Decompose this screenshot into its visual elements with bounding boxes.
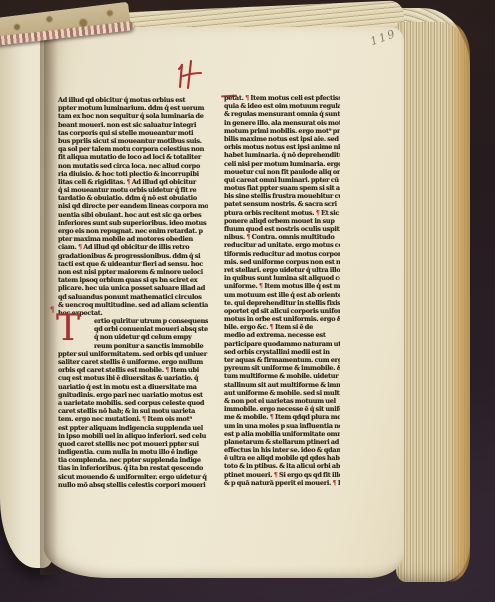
text-line: est p alia mobilia uniformitate omnium bbox=[224, 430, 340, 438]
text-line: caret stellis nō hab; & in sui motu uari… bbox=[58, 407, 208, 415]
text-line: bilis maxime notus est ipsi aie. sed nul… bbox=[224, 135, 340, 143]
text-line: litas celi & rigiditas. ¶ Ad illud qd ob… bbox=[58, 178, 208, 186]
text-line: um in una moles p sua influentia necesse bbox=[224, 422, 340, 430]
text-line: nibus. ¶ Contra. omnis multitudo bbox=[224, 233, 340, 241]
text-line: qa sol per talem motu corpora celestius … bbox=[58, 145, 208, 153]
quire-mark-icon bbox=[175, 57, 203, 91]
text-line: in ipso mobili uel in aliquo inferiori. … bbox=[58, 432, 208, 440]
text-line: ē ultra ee aliqd mobile qd qdes habeat i… bbox=[224, 454, 340, 462]
text-line: motum primi mobilis. ergo mot⁹ primi mo bbox=[224, 127, 340, 135]
text-line: indigentia. cum nulla in motu illo ē ind… bbox=[58, 448, 208, 456]
text-line: pter maxima mobile ad motores obedien bbox=[58, 235, 208, 243]
quire-signature-mark bbox=[175, 57, 203, 95]
text-line: ter aquas & firmamentum. cum ergo em bbox=[224, 356, 340, 364]
text-line: me & mobile. ¶ Item qdqd plura mobilia. … bbox=[224, 413, 340, 421]
text-line: tardatio & obuiatio. ddm q́ nō est obuia… bbox=[58, 194, 208, 202]
book-photo: 119 Ad illud qd obicitur q́ motus orbius… bbox=[0, 0, 495, 602]
text-line: qd saluandus ponunt mathematici circulos bbox=[58, 293, 208, 301]
text-line: & p quā naturā pperit ei moueri. ¶ Et eo… bbox=[224, 479, 340, 487]
text-line: planetarum & stellarum ptineri ad suos bbox=[224, 438, 340, 446]
text-line: q́ si moueantur motu orbis uidetur q́ fi… bbox=[58, 186, 208, 194]
text-line: habet luminaria. q́ nō deprehenditur mot… bbox=[224, 151, 340, 159]
text-line: aut uniforme & mobile. sed si multiforme… bbox=[224, 389, 340, 397]
text-line: & uencroq multitudine. sed ad aliam scie… bbox=[58, 301, 208, 309]
text-line: te. qui deprehenditur in stellis fixis. … bbox=[224, 299, 340, 307]
text-column-right: petat. ¶ Item motus celi est pfectissimu… bbox=[224, 94, 340, 487]
text-line: oportet qd sit alicui corporis uniformis… bbox=[224, 307, 340, 315]
text-line: qui careat omni luminari. ppter cū bbox=[224, 176, 340, 184]
text-line: mouetur cui non fit paulode aliq orbem bbox=[224, 168, 340, 176]
text-line: cuq est motus ibi ē diuersitas & uariati… bbox=[58, 374, 208, 382]
fore-edge-page-stack bbox=[396, 22, 470, 582]
text-line: beant moueri. non est sic saluatur integ… bbox=[58, 121, 208, 129]
text-line: non mutatis sed circa loca. nec aliud co… bbox=[58, 162, 208, 170]
text-line: in quibus sunt lumina sit aliquod celum bbox=[224, 274, 340, 282]
text-line: orbis motus notus est ipsi anime nisi qd bbox=[224, 143, 340, 151]
text-line: tiformis reducitur ad motus corporis uni… bbox=[224, 250, 340, 258]
text-line: reducitur ad unitate. ergo motus corpa m… bbox=[224, 241, 340, 249]
text-line: effectus in his inter se. ideo & qdam ne… bbox=[224, 446, 340, 454]
text-line: quia & ideo est oim motuum regula bbox=[224, 102, 340, 110]
text-line: inferiores sunt sub superioribus. ideo m… bbox=[58, 219, 208, 227]
text-line: Ad illud qd obicitur q́ motus orbius est bbox=[58, 96, 208, 104]
text-line: tias in inferioribus. q́ ita bn restat q… bbox=[58, 464, 208, 472]
text-line: motus fiat ppter suam spem si sit aliqs … bbox=[224, 184, 340, 192]
margin-paraph-mark: ¶ bbox=[50, 306, 54, 313]
text-line: sed orbis crystallini medii est in bbox=[224, 348, 340, 356]
text-line: pyreum sit uniforme & immobile. & firmam… bbox=[224, 364, 340, 372]
text-line: tam ex hoc non sequitur q́ sola luminari… bbox=[58, 112, 208, 120]
text-line: stallinum sit aut multiforme & immobile. bbox=[224, 381, 340, 389]
text-line: mis. sed uniforme corpus non est nisi qd… bbox=[224, 258, 340, 266]
text-line: tas corporis qui si stelle moueantur mot… bbox=[58, 129, 208, 137]
text-line: & regulas mensurant omnia q́ sunt bbox=[224, 110, 340, 118]
text-line: fit aliqua mutatio de loco ad loci & tot… bbox=[58, 153, 208, 161]
text-line: uariatio q́ est in motu est a diuersitat… bbox=[58, 383, 208, 391]
text-line: fluum quod est nostris oculis uspitio bbox=[224, 225, 340, 233]
text-line: plicare. hec uia unica posset saluare il… bbox=[58, 284, 208, 292]
text-line: nullo mō absq stellis celestis corpori m… bbox=[58, 481, 208, 489]
text-line: tia complenda. nec ppter supplenda indig… bbox=[58, 456, 208, 464]
drop-cap-initial: T bbox=[56, 312, 94, 346]
text-line: uniforme. ¶ Item motus ille q́ est mensu… bbox=[224, 282, 340, 290]
text-line: medio ad extrema. necesse est bbox=[224, 331, 340, 339]
text-line: & non pot ei uarietas motuum uel bbox=[224, 397, 340, 405]
text-line: gradationibus & progressionibus. ddm q́ … bbox=[58, 252, 208, 260]
text-line: toto & in ptibus. & ita alicui orbi absq… bbox=[224, 462, 340, 470]
text-line: tacti est que & uideantur fieri ad sensu… bbox=[58, 260, 208, 268]
text-line: petat. ¶ Item motus celi est pfectissimu… bbox=[224, 94, 340, 102]
gutter-shadow bbox=[40, 30, 58, 575]
text-line: tum multiforme & mobile. uidetur q́ cry bbox=[224, 372, 340, 380]
text-line: a uarietate mobilis. sed corpus celeste … bbox=[58, 399, 208, 407]
text-line: tem. ergo nec mutationi. ¶ Item ois mot⁹ bbox=[58, 415, 208, 423]
text-line: immobile. ergo necesse ē q́ sit unifor bbox=[224, 405, 340, 413]
text-line: orbis qd caret stellis est mobile. ¶ Ite… bbox=[58, 366, 208, 374]
text-line: ptinet moueri. ¶ Si ergo qs qd fit ille … bbox=[224, 471, 340, 479]
text-line: saliter caret stellis ē uniforme. ergo n… bbox=[58, 358, 208, 366]
text-line: est ppter aliquam indigencia supplenda u… bbox=[58, 424, 208, 432]
text-line: nisi qd directe per eandem lineas corpor… bbox=[58, 202, 208, 210]
text-line: non est nisi ppter maiorem & minore uelo… bbox=[58, 268, 208, 276]
text-line: ppter motum luminarium. ddm q́ est uerum bbox=[58, 104, 208, 112]
text-line: bus ppriis sicut si moueantur motibus su… bbox=[58, 137, 208, 145]
text-line: celi nisi per motum luminaria. ergo null… bbox=[224, 160, 340, 168]
text-line: participare quodammo naturam utriq bbox=[224, 340, 340, 348]
text-line: ria diuisio. & hoc toti plectio & incorr… bbox=[58, 170, 208, 178]
text-line: ergo eis non repugnat. nec enim retardat… bbox=[58, 227, 208, 235]
text-line: motus in orbe est uniformis. ergo & ille… bbox=[224, 315, 340, 323]
text-line: uentia sibi obuiant. hoc aut est sic qa … bbox=[58, 211, 208, 219]
text-line: bis sine stellis frustra mouebitur cum n… bbox=[224, 192, 340, 200]
text-line: quod caret stellis nec pot moueri ppter … bbox=[58, 440, 208, 448]
text-line: in genere illo. ala mensurat ois motus p… bbox=[224, 119, 340, 127]
text-column-left: Ad illud qd obicitur q́ motus orbius est… bbox=[58, 96, 208, 489]
text-line: ponere aliqd orbem mouet in sup bbox=[224, 217, 340, 225]
text-line: tatem ipsoq orbium quas si qs bn sciret … bbox=[58, 276, 208, 284]
text-line: ppter sui uniformitatem. sed orbis qd un… bbox=[58, 350, 208, 358]
text-line: um motuum est ille q́ est ab oriente in … bbox=[224, 291, 340, 299]
text-line: gnitudinis. ergo pari nec uariatio motus… bbox=[58, 391, 208, 399]
text-line: ciam. ¶ Ad illud qd obicitur de illis re… bbox=[58, 243, 208, 251]
text-line: ptura orbis recitent motus. ¶ Et sic bbox=[224, 209, 340, 217]
text-line: bile. ergo &c. ¶ Item si ē de bbox=[224, 323, 340, 331]
text-line: patet sensum nostris. & sacra scri bbox=[224, 200, 340, 208]
text-line: ret stellari. ergo uidetur q́ ultra illo… bbox=[224, 266, 340, 274]
text-line: sicut mouendo & uniformiter. ergo uidetu… bbox=[58, 473, 208, 481]
